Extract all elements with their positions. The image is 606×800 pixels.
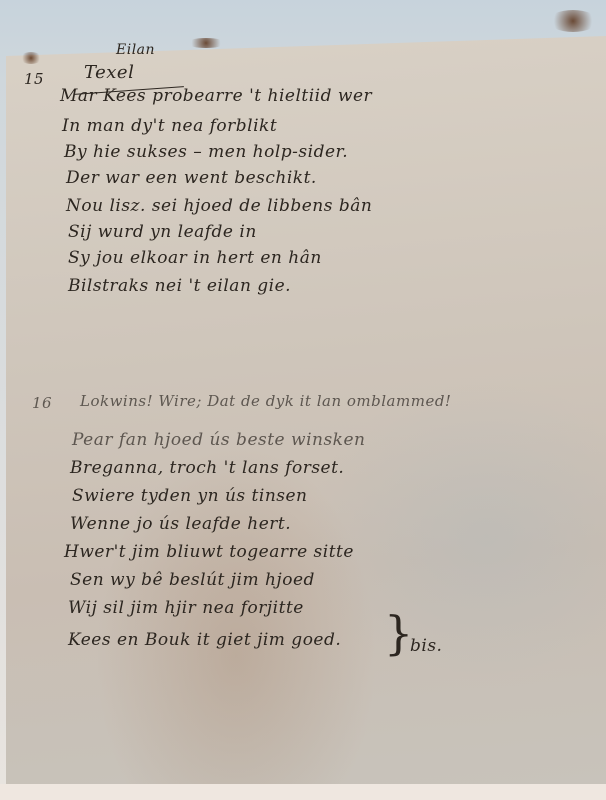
lyric-line: Swiere tyden yn ús tinsen (72, 486, 308, 506)
repeat-brace: } (384, 606, 413, 660)
song-subtitle: Eilan (116, 42, 155, 58)
lyric-line: Kees en Bouk it giet jim goed. (68, 630, 341, 650)
lyric-line: Nou lisz. sei hjoed de libbens bân (66, 196, 372, 216)
lyric-line: Der war een went beschikt. (66, 168, 317, 188)
lyric-line: Pear fan hjoed ús beste winsken (72, 430, 366, 450)
lyric-line: Mar Kees probearre 't hieltiid wer (60, 86, 372, 106)
lyric-line: Sen wy bê beslút jim hjoed (70, 570, 315, 590)
lyric-line: Wij sil jim hjir nea forjitte (68, 598, 304, 618)
lyric-line: Bilstraks nei 't eilan gie. (68, 276, 291, 296)
background-surface (0, 784, 606, 800)
song-number: 16 (32, 394, 52, 412)
lyric-line: By hie sukses – men holp-sider. (64, 142, 348, 162)
rust-stain (548, 10, 598, 32)
song-title: Texel (84, 62, 134, 83)
repeat-marker: bis. (410, 636, 442, 656)
lyric-line: Hwer't jim bliuwt togearre sitte (64, 542, 354, 562)
rust-stain (186, 38, 226, 48)
lyric-line: Sy jou elkoar in hert en hân (68, 248, 322, 268)
rust-stain (20, 52, 42, 64)
lyric-line: Wenne jo ús leafde hert. (70, 514, 291, 534)
lyric-line: In man dy't nea forblikt (62, 116, 277, 136)
song-number: 15 (24, 70, 44, 88)
lyric-line: Breganna, troch 't lans forset. (70, 458, 344, 478)
song-heading: Lokwins! Wire; Dat de dyk it lan omblamm… (80, 392, 451, 410)
lyric-line: Sij wurd yn leafde in (68, 222, 257, 242)
